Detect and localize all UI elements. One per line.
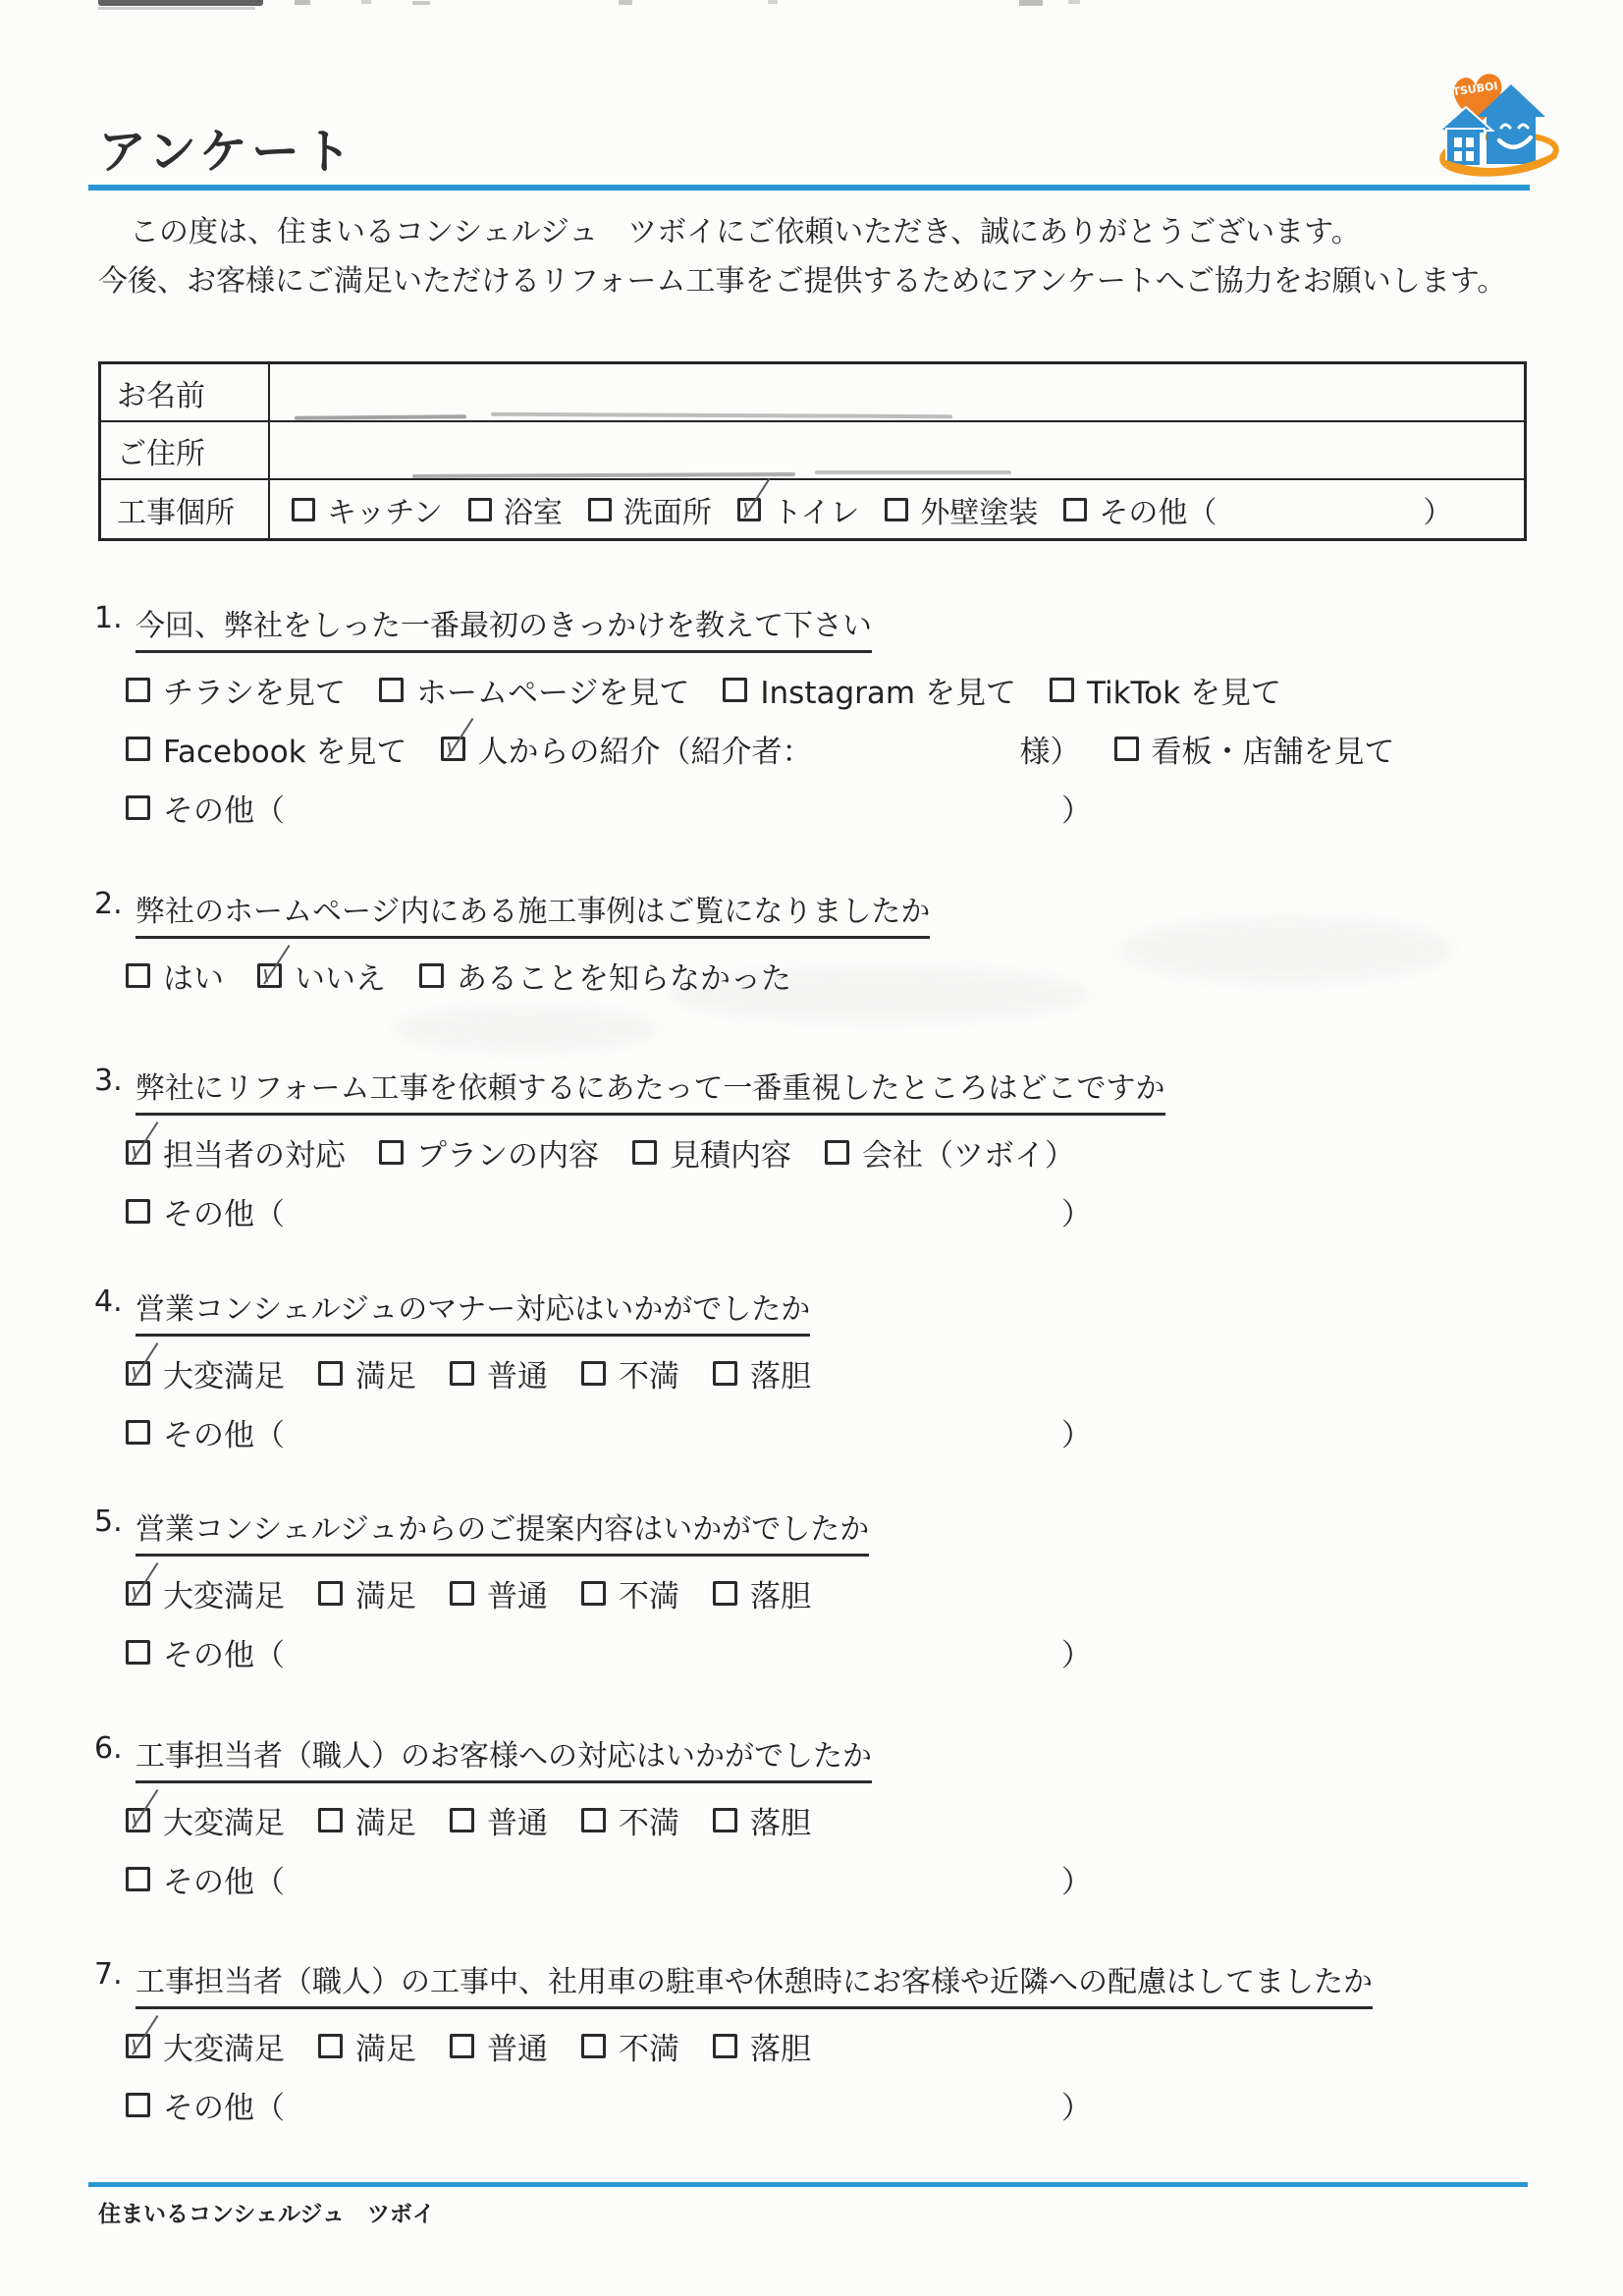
scan-artifact xyxy=(619,0,632,5)
options-row: はい いいえ あることを知らなかった xyxy=(126,955,1567,996)
option: あることを知らなかった xyxy=(419,954,791,998)
option: 外壁塗装 xyxy=(885,488,1038,531)
option: 普通 xyxy=(450,1571,548,1615)
fill-in-blank[interactable] xyxy=(298,1196,1049,1226)
name-field[interactable] xyxy=(270,364,1524,420)
checkbox[interactable] xyxy=(257,963,282,988)
option-label: いいえ xyxy=(295,954,386,998)
option: 落胆 xyxy=(713,1571,811,1615)
option-label: 普通 xyxy=(487,1798,548,1842)
option-suffix: ） xyxy=(1061,1189,1092,1233)
option: 落胆 xyxy=(713,2024,811,2068)
option-label: 大変満足 xyxy=(163,1351,285,1395)
checkbox[interactable] xyxy=(1050,678,1074,702)
question-title: 工事担当者（職人）の工事中、社用車の駐車や休憩時にお客様や近隣への配慮はしてまし… xyxy=(135,1957,1373,2009)
question-title: 営業コンシェルジュからのご提案内容はいかがでしたか xyxy=(135,1504,869,1557)
options-row: その他（） xyxy=(126,787,1567,828)
title-rule xyxy=(88,185,1530,191)
question-number: 4. xyxy=(94,1285,135,1319)
option: 大変満足 xyxy=(126,1351,285,1395)
checkbox[interactable] xyxy=(126,795,150,820)
option: トイレ xyxy=(737,488,860,531)
work-location-label: 工事個所 xyxy=(101,480,270,538)
footer-company-name: 住まいるコンシェルジュ ツボイ xyxy=(98,2196,435,2228)
option: 満足 xyxy=(318,1351,416,1395)
option: その他（） xyxy=(1063,488,1452,531)
option-label: その他（ xyxy=(163,786,285,830)
checkbox[interactable] xyxy=(318,2034,343,2058)
fill-in-blank[interactable] xyxy=(298,1637,1049,1667)
option: 看板・店舗を見て xyxy=(1114,727,1395,771)
option-label: 普通 xyxy=(487,1351,548,1395)
checkbox[interactable] xyxy=(126,1581,150,1606)
option: 落胆 xyxy=(713,1798,811,1842)
question-number: 7. xyxy=(94,1957,135,1992)
option-label: その他（ xyxy=(163,1410,285,1454)
option-label: 不満 xyxy=(619,1351,679,1395)
option: Instagram を見て xyxy=(723,668,1016,712)
checkbox[interactable] xyxy=(581,1361,606,1386)
checkbox[interactable] xyxy=(581,1808,606,1832)
option-label: 不満 xyxy=(619,1571,679,1615)
option: いいえ xyxy=(257,954,386,998)
option-label: 会社（ツボイ） xyxy=(862,1130,1075,1175)
option: TikTok を見て xyxy=(1050,668,1281,712)
options-row: 担当者の対応 プランの内容 見積内容 会社（ツボイ） xyxy=(126,1131,1567,1173)
scan-artifact xyxy=(1019,0,1043,6)
option-label: Facebook を見て xyxy=(163,727,407,771)
referrer-name-blank[interactable] xyxy=(826,734,1007,763)
checkbox[interactable] xyxy=(126,1420,150,1445)
option: 満足 xyxy=(318,1571,416,1615)
option-label: トイレ xyxy=(773,488,860,531)
question-title: 営業コンシェルジュのマナー対応はいかがでしたか xyxy=(135,1285,810,1337)
options-row: チラシを見て ホームページを見て Instagram を見て TikTok を見… xyxy=(126,669,1567,710)
question-3: 3.弊社にリフォーム工事を依頼するにあたって一番重視したところはどこですか 担当… xyxy=(94,1064,1567,1249)
option: ホームページを見て xyxy=(379,668,689,712)
checkbox[interactable] xyxy=(126,1361,150,1386)
checkbox[interactable] xyxy=(318,1361,343,1386)
option: 満足 xyxy=(318,1798,416,1842)
checkbox[interactable] xyxy=(632,1140,657,1165)
options-row: Facebook を見て 人からの紹介（紹介者：様） 看板・店舗を見て xyxy=(126,728,1567,769)
checkbox[interactable] xyxy=(713,1581,737,1606)
checkbox[interactable] xyxy=(713,1361,737,1386)
option-label: TikTok を見て xyxy=(1087,668,1281,712)
checkbox[interactable] xyxy=(292,498,315,521)
checkbox[interactable] xyxy=(450,1808,474,1832)
option: 落胆 xyxy=(713,1351,811,1395)
checkbox[interactable] xyxy=(126,1640,150,1665)
checkbox[interactable] xyxy=(126,737,150,761)
scan-artifact xyxy=(815,470,1011,474)
question-4: 4.営業コンシェルジュのマナー対応はいかがでしたか 大変満足 満足 普通 不満 … xyxy=(94,1285,1567,1470)
option-label: チラシを見て xyxy=(163,668,346,712)
table-row-address: ご住所 xyxy=(101,422,1524,480)
scan-artifact xyxy=(98,7,255,10)
option-label: 不満 xyxy=(619,1798,679,1842)
options-row: 大変満足 満足 普通 不満 落胆 xyxy=(126,1572,1567,1613)
question-title: 弊社にリフォーム工事を依頼するにあたって一番重視したところはどこですか xyxy=(135,1064,1165,1116)
scan-artifact xyxy=(412,1,430,5)
scan-artifact xyxy=(768,0,778,4)
option: その他（） xyxy=(126,1410,1092,1454)
option: その他（） xyxy=(126,1857,1092,1901)
question-5: 5.営業コンシェルジュからのご提案内容はいかがでしたか 大変満足 満足 普通 不… xyxy=(94,1504,1567,1690)
options-row: その他（） xyxy=(126,1631,1567,1672)
question-number: 2. xyxy=(94,887,135,921)
options-row: その他（） xyxy=(126,1190,1567,1231)
checkbox[interactable] xyxy=(825,1140,849,1165)
option: その他（） xyxy=(126,786,1092,830)
option: 大変満足 xyxy=(126,1798,285,1842)
fill-in-blank[interactable] xyxy=(298,2090,1049,2119)
checkbox[interactable] xyxy=(126,2093,150,2117)
checkbox[interactable] xyxy=(450,1361,474,1386)
option-label: 満足 xyxy=(355,1351,416,1395)
question-number: 6. xyxy=(94,1731,135,1766)
checkbox[interactable] xyxy=(1114,737,1139,761)
option-label: 洗面所 xyxy=(623,488,712,531)
option: チラシを見て xyxy=(126,668,346,712)
question-title: 弊社のホームページ内にある施工事例はご覧になりましたか xyxy=(135,887,930,939)
option-label: あることを知らなかった xyxy=(457,954,791,998)
option-label: Instagram を見て xyxy=(760,668,1016,712)
option-label: はい xyxy=(163,954,224,998)
options-row: 大変満足 満足 普通 不満 落胆 xyxy=(126,1799,1567,1840)
question-number: 1. xyxy=(94,601,135,635)
option-label: 不満 xyxy=(619,2024,679,2068)
option-label: 大変満足 xyxy=(163,1571,285,1615)
checkbox[interactable] xyxy=(126,1199,150,1224)
fill-in-blank[interactable] xyxy=(298,793,1049,822)
option-label: その他（ xyxy=(163,1857,285,1901)
option-label: その他（ xyxy=(163,2083,285,2127)
option: 浴室 xyxy=(468,488,563,531)
option: 満足 xyxy=(318,2024,416,2068)
scan-artifact xyxy=(98,0,263,6)
option-label: 満足 xyxy=(355,1571,416,1615)
work-location-options: キッチン 浴室 洗面所 トイレ 外壁塗装 その他（） xyxy=(270,480,1524,538)
option-label: 満足 xyxy=(355,1798,416,1842)
question-7: 7.工事担当者（職人）の工事中、社用車の駐車や休憩時にお客様や近隣への配慮はして… xyxy=(94,1957,1567,2143)
option-label: その他（ xyxy=(163,1189,285,1233)
option: 大変満足 xyxy=(126,1571,285,1615)
scan-artifact xyxy=(1068,0,1080,4)
scan-artifact xyxy=(361,0,371,4)
checkbox[interactable] xyxy=(126,1808,150,1832)
option-label: 普通 xyxy=(487,1571,548,1615)
address-label: ご住所 xyxy=(101,422,270,478)
checkbox[interactable] xyxy=(737,498,761,521)
checkbox[interactable] xyxy=(468,498,492,521)
checkbox[interactable] xyxy=(581,2034,606,2058)
checkbox[interactable] xyxy=(450,2034,474,2058)
option-label: 落胆 xyxy=(750,2024,811,2068)
option-label: 見積内容 xyxy=(670,1130,791,1175)
options-row: 大変満足 満足 普通 不満 落胆 xyxy=(126,2025,1567,2066)
option-label: 担当者の対応 xyxy=(163,1130,346,1175)
option: 洗面所 xyxy=(588,488,712,531)
fill-in-blank[interactable] xyxy=(1228,495,1411,524)
option: 見積内容 xyxy=(632,1130,791,1175)
option-label: キッチン xyxy=(327,488,443,531)
footer-rule xyxy=(88,2182,1528,2187)
checkbox[interactable] xyxy=(126,678,150,702)
option: 不満 xyxy=(581,1571,679,1615)
name-label: お名前 xyxy=(101,364,270,420)
option: 大変満足 xyxy=(126,2024,285,2068)
survey-page: TSUBOI アンケート この度は、住まいるコンシェルジュ ツボイにご依頼いただ… xyxy=(0,0,1623,2296)
options-row: その他（） xyxy=(126,1858,1567,1899)
option-suffix: ） xyxy=(1061,1630,1092,1674)
checkbox[interactable] xyxy=(126,1867,150,1891)
option-label: その他（ xyxy=(163,1630,285,1674)
fill-in-blank[interactable] xyxy=(298,1417,1049,1447)
intro-text: この度は、住まいるコンシェルジュ ツボイにご依頼いただき、誠にありがとうございま… xyxy=(98,216,1551,299)
checkbox[interactable] xyxy=(885,498,908,521)
checkbox[interactable] xyxy=(441,737,465,761)
option: その他（） xyxy=(126,1630,1092,1674)
option-suffix: 様） xyxy=(1020,727,1081,771)
question-number: 3. xyxy=(94,1064,135,1098)
scan-artifact xyxy=(295,0,310,5)
customer-info-table: お名前 ご住所 工事個所 キッチン 浴室 洗面所 トイレ 外壁塗装 その他（） xyxy=(98,361,1527,541)
option: はい xyxy=(126,954,224,998)
question-6: 6.工事担当者（職人）のお客様への対応はいかがでしたか 大変満足 満足 普通 不… xyxy=(94,1731,1567,1917)
option-label: 看板・店舗を見て xyxy=(1152,727,1395,771)
checkbox[interactable] xyxy=(450,1581,474,1606)
option: 普通 xyxy=(450,2024,548,2068)
options-row: その他（） xyxy=(126,1411,1567,1452)
option-label: ホームページを見て xyxy=(416,668,689,712)
option-suffix: ） xyxy=(1061,786,1092,830)
tsuboi-logo: TSUBOI xyxy=(1426,61,1573,191)
option: 担当者の対応 xyxy=(126,1130,346,1175)
option-label: 落胆 xyxy=(750,1351,811,1395)
option: 普通 xyxy=(450,1351,548,1395)
option-label: 落胆 xyxy=(750,1571,811,1615)
intro-line: 今後、お客様にご満足いただけるリフォーム工事をご提供するためにアンケートへご協力… xyxy=(98,265,1551,299)
question-title: 今回、弊社をしった一番最初のきっかけを教えて下さい xyxy=(135,601,872,653)
checkbox[interactable] xyxy=(588,498,612,521)
checkbox[interactable] xyxy=(126,1140,150,1165)
checkbox[interactable] xyxy=(723,678,747,702)
question-2: 2.弊社のホームページ内にある施工事例はご覧になりましたか はい いいえ あるこ… xyxy=(94,887,1567,1013)
checkbox[interactable] xyxy=(713,2034,737,2058)
checkbox[interactable] xyxy=(419,963,444,988)
option-suffix: ） xyxy=(1061,1410,1092,1454)
checkbox[interactable] xyxy=(379,678,404,702)
option-label: 人からの紹介（紹介者： xyxy=(478,727,813,771)
options-row: その他（） xyxy=(126,2084,1567,2125)
checkbox[interactable] xyxy=(126,963,150,988)
question-number: 5. xyxy=(94,1504,135,1539)
option-label: 外壁塗装 xyxy=(920,488,1038,531)
option-suffix: ） xyxy=(1423,488,1452,531)
fill-in-blank[interactable] xyxy=(298,1864,1049,1893)
checkbox[interactable] xyxy=(318,1808,343,1832)
option: Facebook を見て xyxy=(126,727,407,771)
option: プランの内容 xyxy=(379,1130,599,1175)
option-suffix: ） xyxy=(1061,1857,1092,1901)
option: その他（） xyxy=(126,2083,1092,2127)
option: 普通 xyxy=(450,1798,548,1842)
option: 不満 xyxy=(581,1351,679,1395)
option-label: その他（ xyxy=(1099,488,1217,531)
checkbox[interactable] xyxy=(1063,498,1087,521)
option: その他（） xyxy=(126,1189,1092,1233)
question-title: 工事担当者（職人）のお客様への対応はいかがでしたか xyxy=(135,1731,872,1783)
table-row-work-location: 工事個所 キッチン 浴室 洗面所 トイレ 外壁塗装 その他（） xyxy=(101,480,1524,538)
option-label: プランの内容 xyxy=(416,1130,599,1175)
checkbox[interactable] xyxy=(581,1581,606,1606)
page-title: アンケート xyxy=(98,114,355,183)
intro-line: この度は、住まいるコンシェルジュ ツボイにご依頼いただき、誠にありがとうございま… xyxy=(130,216,1551,249)
option-label: 浴室 xyxy=(504,488,563,531)
option-label: 普通 xyxy=(487,2024,548,2068)
checkbox[interactable] xyxy=(126,2034,150,2058)
options-row: 大変満足 満足 普通 不満 落胆 xyxy=(126,1352,1567,1394)
option: 人からの紹介（紹介者：様） xyxy=(441,727,1081,771)
option: 不満 xyxy=(581,2024,679,2068)
option-label: 大変満足 xyxy=(163,1798,285,1842)
option-suffix: ） xyxy=(1061,2083,1092,2127)
checkbox[interactable] xyxy=(379,1140,404,1165)
option: 会社（ツボイ） xyxy=(825,1130,1075,1175)
checkbox[interactable] xyxy=(318,1581,343,1606)
checkbox[interactable] xyxy=(713,1808,737,1832)
option-label: 落胆 xyxy=(750,1798,811,1842)
option-label: 満足 xyxy=(355,2024,416,2068)
option-label: 大変満足 xyxy=(163,2024,285,2068)
option: 不満 xyxy=(581,1798,679,1842)
option: キッチン xyxy=(292,488,443,531)
question-1: 1.今回、弊社をしった一番最初のきっかけを教えて下さい チラシを見て ホームペー… xyxy=(94,601,1567,846)
